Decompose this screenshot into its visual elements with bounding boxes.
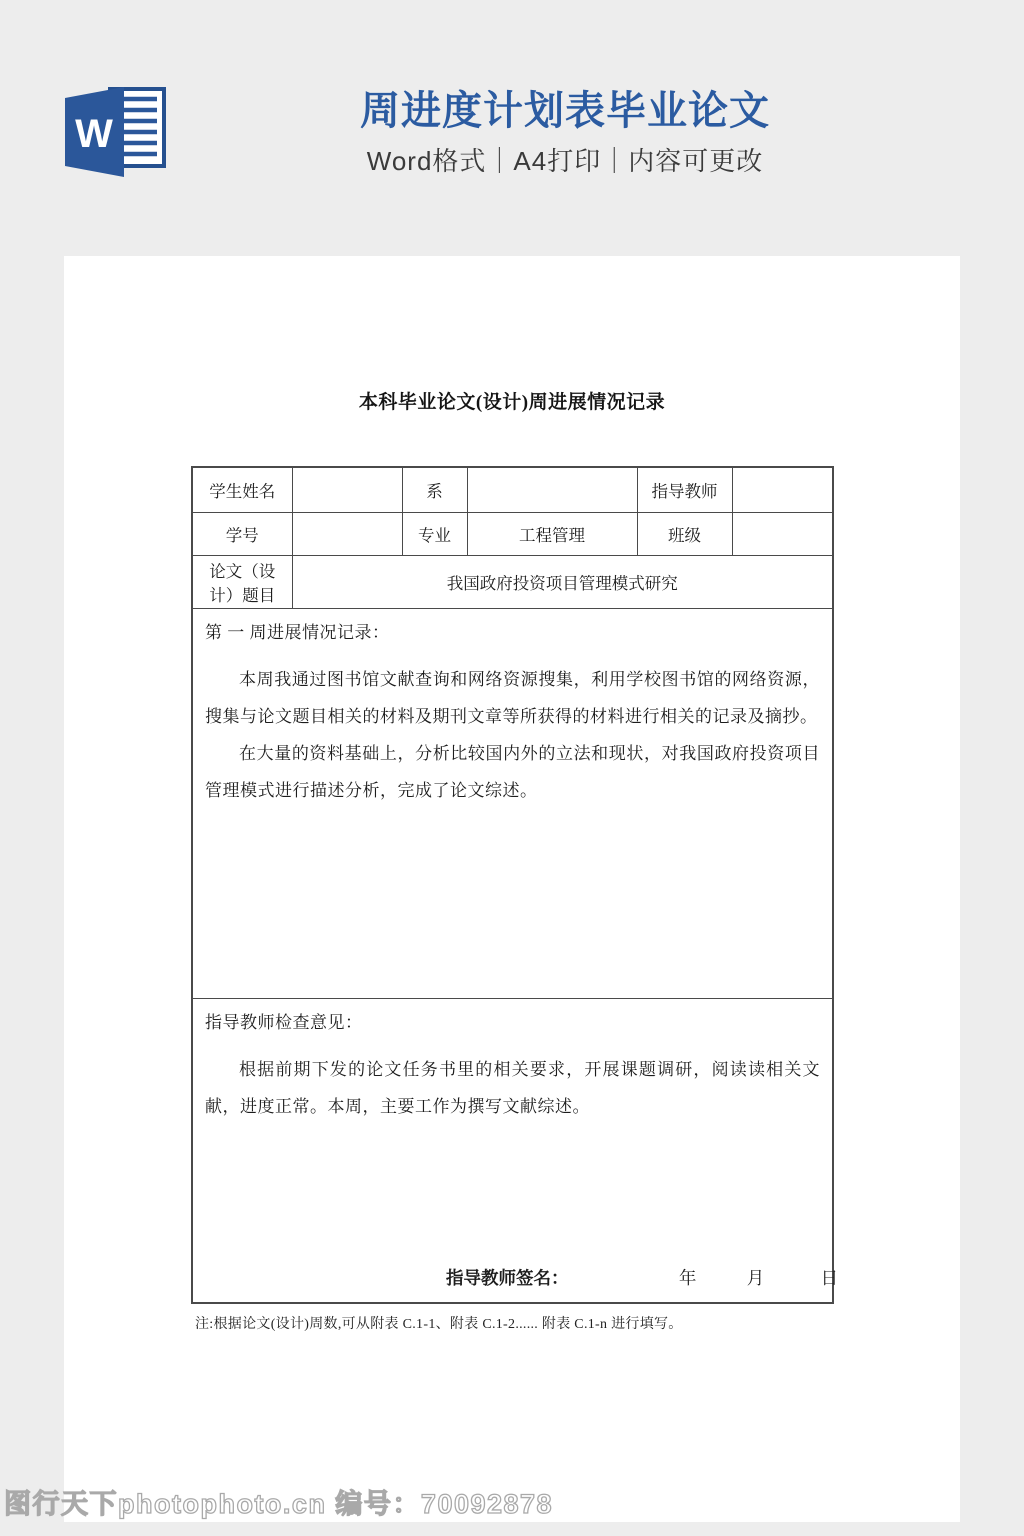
student-id-value: [292, 512, 402, 555]
week-record-cell: 第 一 周进展情况记录： 本周我通过图书馆文献查询和网络资源搜集，利用学校图书馆…: [192, 608, 833, 998]
topic-value: 我国政府投资项目管理模式研究: [292, 555, 833, 608]
watermark-text: 图行天下photophoto.cn 编号：70092878: [4, 1482, 553, 1521]
day-label: 日: [821, 1268, 839, 1288]
week-record-paragraph: 本周我通过图书馆文献查询和网络资源搜集，利用学校图书馆的网络资源，搜集与论文题目…: [205, 661, 820, 735]
template-preview-page: { "header": { "title": "周进度计划表毕业论文", "su…: [0, 0, 1024, 1536]
class-label: 班级: [637, 512, 732, 555]
class-value: [732, 512, 833, 555]
document-title: 本科毕业论文(设计)周进展情况记录: [64, 387, 960, 414]
month-label: 月: [747, 1268, 765, 1288]
table-row: 指导教师检查意见： 根据前期下发的论文任务书里的相关要求，开展课题调研，阅读读相…: [192, 998, 833, 1303]
page-subtitle: Word格式｜A4打印｜内容可更改: [106, 146, 1024, 176]
department-label: 系: [402, 467, 467, 512]
page-title: 周进度计划表毕业论文: [106, 88, 1024, 134]
major-label: 专业: [402, 512, 467, 555]
table-row: 第 一 周进展情况记录： 本周我通过图书馆文献查询和网络资源搜集，利用学校图书馆…: [192, 608, 833, 998]
document-sheet: 本科毕业论文(设计)周进展情况记录 学生姓名 系 指导教师 学号 专业 工程管理…: [64, 256, 960, 1522]
progress-form-table: 学生姓名 系 指导教师 学号 专业 工程管理 班级 论文（设计）题目 我国政府投…: [191, 466, 834, 1304]
topic-label: 论文（设计）题目: [192, 555, 292, 608]
header: W 周进度计划表毕业论文 Word格式｜A4打印｜内容可更改: [0, 0, 1024, 256]
student-id-label: 学号: [192, 512, 292, 555]
student-name-label: 学生姓名: [192, 467, 292, 512]
major-value: 工程管理: [467, 512, 637, 555]
footnote: 注:根据论文(设计)周数,可从附表 C.1-1、附表 C.1-2...... 附…: [195, 1313, 683, 1333]
teacher-review-paragraph: 根据前期下发的论文任务书里的相关要求，开展课题调研，阅读读相关文献，进度正常。本…: [205, 1051, 820, 1125]
header-text: 周进度计划表毕业论文 Word格式｜A4打印｜内容可更改: [106, 88, 1024, 176]
week-record-paragraph: 在大量的资料基础上，分析比较国内外的立法和现状，对我国政府投资项目管理模式进行描…: [205, 735, 820, 809]
teacher-review-cell: 指导教师检查意见： 根据前期下发的论文任务书里的相关要求，开展课题调研，阅读读相…: [192, 998, 833, 1303]
signature-label: 指导教师签名：: [446, 1268, 569, 1288]
advisor-value: [732, 467, 833, 512]
year-label: 年: [679, 1268, 697, 1288]
table-row: 学生姓名 系 指导教师: [192, 467, 833, 512]
student-name-value: [292, 467, 402, 512]
week-record-heading: 第 一 周进展情况记录：: [205, 619, 820, 647]
signature-line: 指导教师签名： 年 月 日: [193, 1265, 822, 1290]
table-row: 学号 专业 工程管理 班级: [192, 512, 833, 555]
department-value: [467, 467, 637, 512]
teacher-review-heading: 指导教师检查意见：: [205, 1009, 820, 1037]
table-row: 论文（设计）题目 我国政府投资项目管理模式研究: [192, 555, 833, 608]
advisor-label: 指导教师: [637, 467, 732, 512]
